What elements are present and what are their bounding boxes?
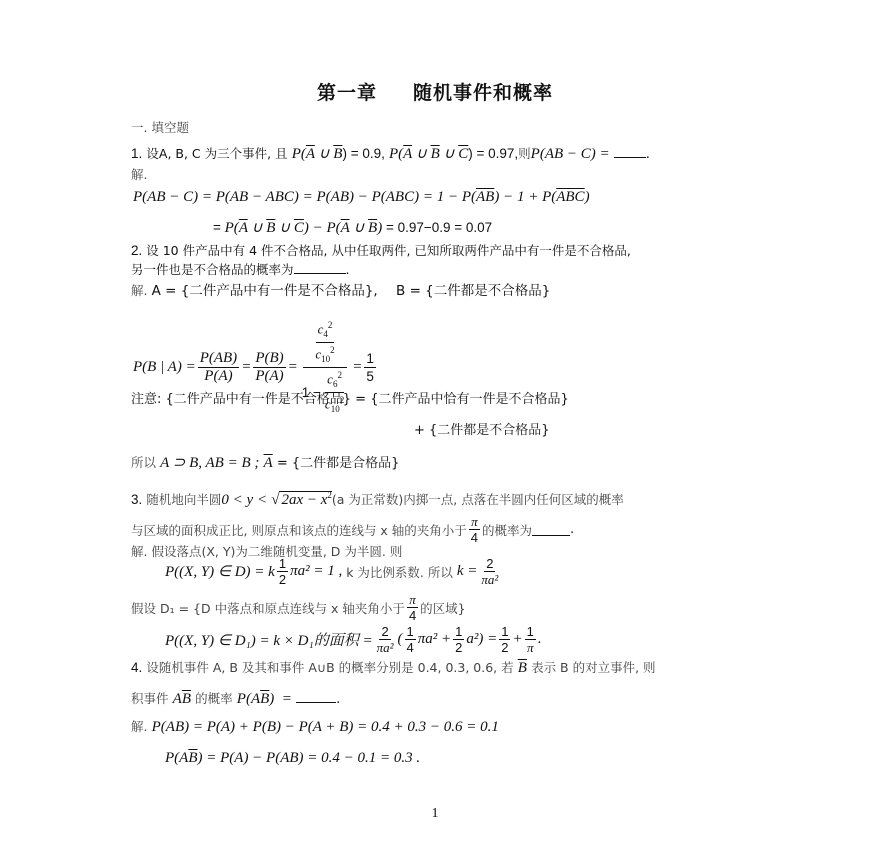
conclusion-prefix: 所以 xyxy=(131,455,156,470)
question-number: 3. xyxy=(131,492,142,507)
chapter-number: 第一章 xyxy=(317,82,377,104)
denominator: π xyxy=(525,640,536,655)
numerator: 1 xyxy=(277,556,288,572)
q2-definitions: 解. A = {二件产品中有一件是不合格品}, B = {二件都是不合格品} xyxy=(131,283,550,300)
chapter-name: 随机事件和概率 xyxy=(413,82,553,104)
given-1-value: ) = 0.9, xyxy=(342,146,384,161)
denominator: πa² xyxy=(375,640,396,655)
numerator: 1 xyxy=(364,350,376,368)
formula-part: P(AB − C) = P(AB − ABC) = P(AB) − P(ABC)… xyxy=(133,189,476,205)
question-4-line-2: 积事件 AB 的概率 P(AB) = . xyxy=(131,690,340,708)
formula-part: a²) = xyxy=(466,631,497,648)
question-stem: 另一件也是不合格品的概率为 xyxy=(131,262,294,277)
page-number: 1 xyxy=(0,806,870,822)
given-2-value: ) = 0.97, xyxy=(468,146,518,161)
formula-part: ) − 1 + P( xyxy=(494,189,556,205)
formula-part: P(B | A) = xyxy=(133,359,196,376)
fraction: 12 xyxy=(277,556,288,587)
complement-b: B xyxy=(518,660,527,676)
numerator: 1 xyxy=(453,624,464,640)
q2-note-line-1: 注意: {二件产品中有一件是不合格品} = {二件产品中恰有一件是不合格品} xyxy=(131,392,569,408)
formula-part: P((X, Y) ∈ D₁) = k × D₁的面积 = xyxy=(165,629,373,650)
question-stem: 设随机事件 A, B 及其和事件 A∪B 的概率分别是 0.4, 0.3, 0.… xyxy=(146,660,513,675)
formula-part: πa² + xyxy=(418,631,451,648)
denominator: 2 xyxy=(277,572,288,587)
event-a-definition: A = {二件产品中有一件是不合格品}, xyxy=(152,283,378,299)
fraction: 1π xyxy=(525,624,536,655)
question-stem: 设A, B, C 为三个事件, 且 xyxy=(146,146,287,161)
pi-over-4: π4 xyxy=(469,514,480,545)
q3-solution-eq-2: P((X, Y) ∈ D₁) = k × D₁的面积 = 2πa² ( 14 π… xyxy=(165,624,542,655)
denominator: 5 xyxy=(364,368,376,385)
solution-label: 解. xyxy=(131,719,147,734)
numerator: 1 xyxy=(525,624,536,640)
numerator: P(B) xyxy=(253,350,285,368)
numerator: 1 xyxy=(405,624,416,640)
chapter-title: 第一章随机事件和概率 xyxy=(0,78,870,105)
event-b-definition: B = {二件都是不合格品} xyxy=(396,283,550,299)
fraction: 14 xyxy=(405,624,416,655)
denominator: 4 xyxy=(405,640,416,655)
fraction: 12 xyxy=(453,624,464,655)
q1-solution-line-2: = P(A ∪ B ∪ C) − P(A ∪ B) = 0.97−0.9 = 0… xyxy=(213,220,492,236)
definition-text: 假设 D₁ = {D 中落点和原点连线与 x 轴夹角小于 xyxy=(131,599,405,617)
question-number: 4. xyxy=(131,660,142,675)
question-number: 1. xyxy=(131,146,142,161)
denominator: 4 xyxy=(407,608,418,623)
denominator: P(A) xyxy=(253,368,285,385)
question-stem: 设 10 件产品中有 4 件不合格品, 从中任取两件, 已知所取两件产品中有一件… xyxy=(146,243,631,258)
denominator: 2 xyxy=(453,640,464,655)
formula-part: ) xyxy=(585,189,590,205)
complement-a: A xyxy=(264,455,273,471)
q2-conclusion: 所以 A ⊃ B, AB = B ; A = {二件都是合格品} xyxy=(131,455,399,472)
formula-part: = xyxy=(213,220,221,235)
radicand: 2ax − x xyxy=(281,492,327,508)
conclusion-formula: A ⊃ B, AB = B ; xyxy=(160,455,259,471)
question-stem: 表示 B 的对立事件, 则 xyxy=(531,660,655,675)
question-stem: 的概率为 xyxy=(482,521,532,539)
result-fraction: 15 xyxy=(364,350,376,385)
complement-definition: = {二件都是合格品} xyxy=(273,456,400,471)
given-2: P(A ∪ B ∪ C xyxy=(389,146,468,162)
denominator: πa² xyxy=(479,572,500,587)
question-2: 2. 设 10 件产品中有 4 件不合格品, 从中任取两件, 已知所取两件产品中… xyxy=(131,243,631,259)
question-4: 4. 设随机事件 A, B 及其和事件 A∪B 的概率分别是 0.4, 0.3,… xyxy=(131,660,656,677)
inequality: 0 < y < xyxy=(221,492,267,508)
fraction: P(B)P(A) xyxy=(253,350,285,385)
question-stem: 与区域的面积成正比, 则原点和该点的连线与 x 轴的夹角小于 xyxy=(131,521,467,539)
numerator: 1 xyxy=(499,624,510,640)
q4-solution-line-1: 解. P(AB) = P(A) + P(B) − P(A + B) = 0.4 … xyxy=(131,719,499,736)
formula-part: k = xyxy=(457,563,478,580)
question-number: 2. xyxy=(131,243,142,258)
fraction: c42c102 xyxy=(313,318,336,367)
numerator: P(AB) xyxy=(198,350,239,368)
q4-solution-line-2: P(AB) = P(A) − P(AB) = 0.4 − 0.1 = 0.3 . xyxy=(165,750,420,766)
question-stem: (a 为正常数)内掷一点, 点落在半圆内任何区域的概率 xyxy=(332,492,624,507)
document-page: 第一章随机事件和概率 一. 填空题 1. 设A, B, C 为三个事件, 且 P… xyxy=(0,0,870,842)
question-3: 3. 随机地向半圆0 < y < √2ax − x2(a 为正常数)内掷一点, … xyxy=(131,487,624,509)
question-stem: 的概率 xyxy=(195,691,233,706)
answer-blank xyxy=(296,690,336,703)
question-2-line-2: 另一件也是不合格品的概率为. xyxy=(131,261,350,278)
q3-d1-definition: 假设 D₁ = {D 中落点和原点连线与 x 轴夹角小于 π4 的区域} xyxy=(131,592,466,623)
formula-part: ) = P(A) − P(AB) = 0.4 − 0.1 = 0.3 . xyxy=(198,750,421,766)
question-stem-tail: 则 xyxy=(518,146,531,161)
question-stem: 积事件 xyxy=(131,691,169,706)
solution-label: 解. xyxy=(131,167,147,183)
q3-solution-eq-1: P((X, Y) ∈ D) = k 12 πa² = 1 , k 为比例系数. … xyxy=(165,556,502,587)
section-heading: 一. 填空题 xyxy=(131,120,189,136)
fraction: P(AB)P(A) xyxy=(198,350,239,385)
formula-part: ABC xyxy=(556,189,584,205)
answer-blank xyxy=(294,261,346,274)
denominator: 4 xyxy=(469,530,480,545)
q2-note-line-2: + {二件都是不合格品} xyxy=(414,423,550,439)
solution-label: 解. xyxy=(131,283,147,298)
numerator: π xyxy=(469,514,480,530)
formula-part: AB xyxy=(476,189,494,205)
question-ask: P(AB − C) = xyxy=(531,146,610,162)
answer-blank xyxy=(614,145,646,158)
formula-part: πa² = 1 , xyxy=(290,563,342,580)
q1-solution-line-1: P(AB − C) = P(AB − ABC) = P(AB) − P(ABC)… xyxy=(133,189,590,205)
formula-part: P((X, Y) ∈ D) = k xyxy=(165,562,275,581)
numerator: π xyxy=(407,592,418,608)
question-stem: 随机地向半圆 xyxy=(146,492,221,507)
question-3-line-2: 与区域的面积成正比, 则原点和该点的连线与 x 轴的夹角小于 π4 的概率为. xyxy=(131,514,574,545)
fraction: 2πa² xyxy=(375,624,396,655)
numerator: 2 xyxy=(379,624,390,640)
formula-result: = 0.97−0.9 = 0.07 xyxy=(386,220,492,235)
fraction: 12 xyxy=(499,624,510,655)
answer-blank xyxy=(532,523,570,536)
denominator: P(A) xyxy=(202,368,234,385)
denominator: 2 xyxy=(499,640,510,655)
definition-text: 的区域} xyxy=(420,599,465,617)
explanation: k 为比例系数. 所以 xyxy=(346,563,453,581)
formula: P(AB) = P(A) + P(B) − P(A + B) = 0.4 + 0… xyxy=(152,719,499,735)
pi-over-4: π4 xyxy=(407,592,418,623)
given-1: P(A ∪ B xyxy=(292,146,343,162)
fraction: 2πa² xyxy=(479,556,500,587)
question-1: 1. 设A, B, C 为三个事件, 且 P(A ∪ B) = 0.9, P(A… xyxy=(131,145,650,163)
numerator: 2 xyxy=(484,556,495,572)
